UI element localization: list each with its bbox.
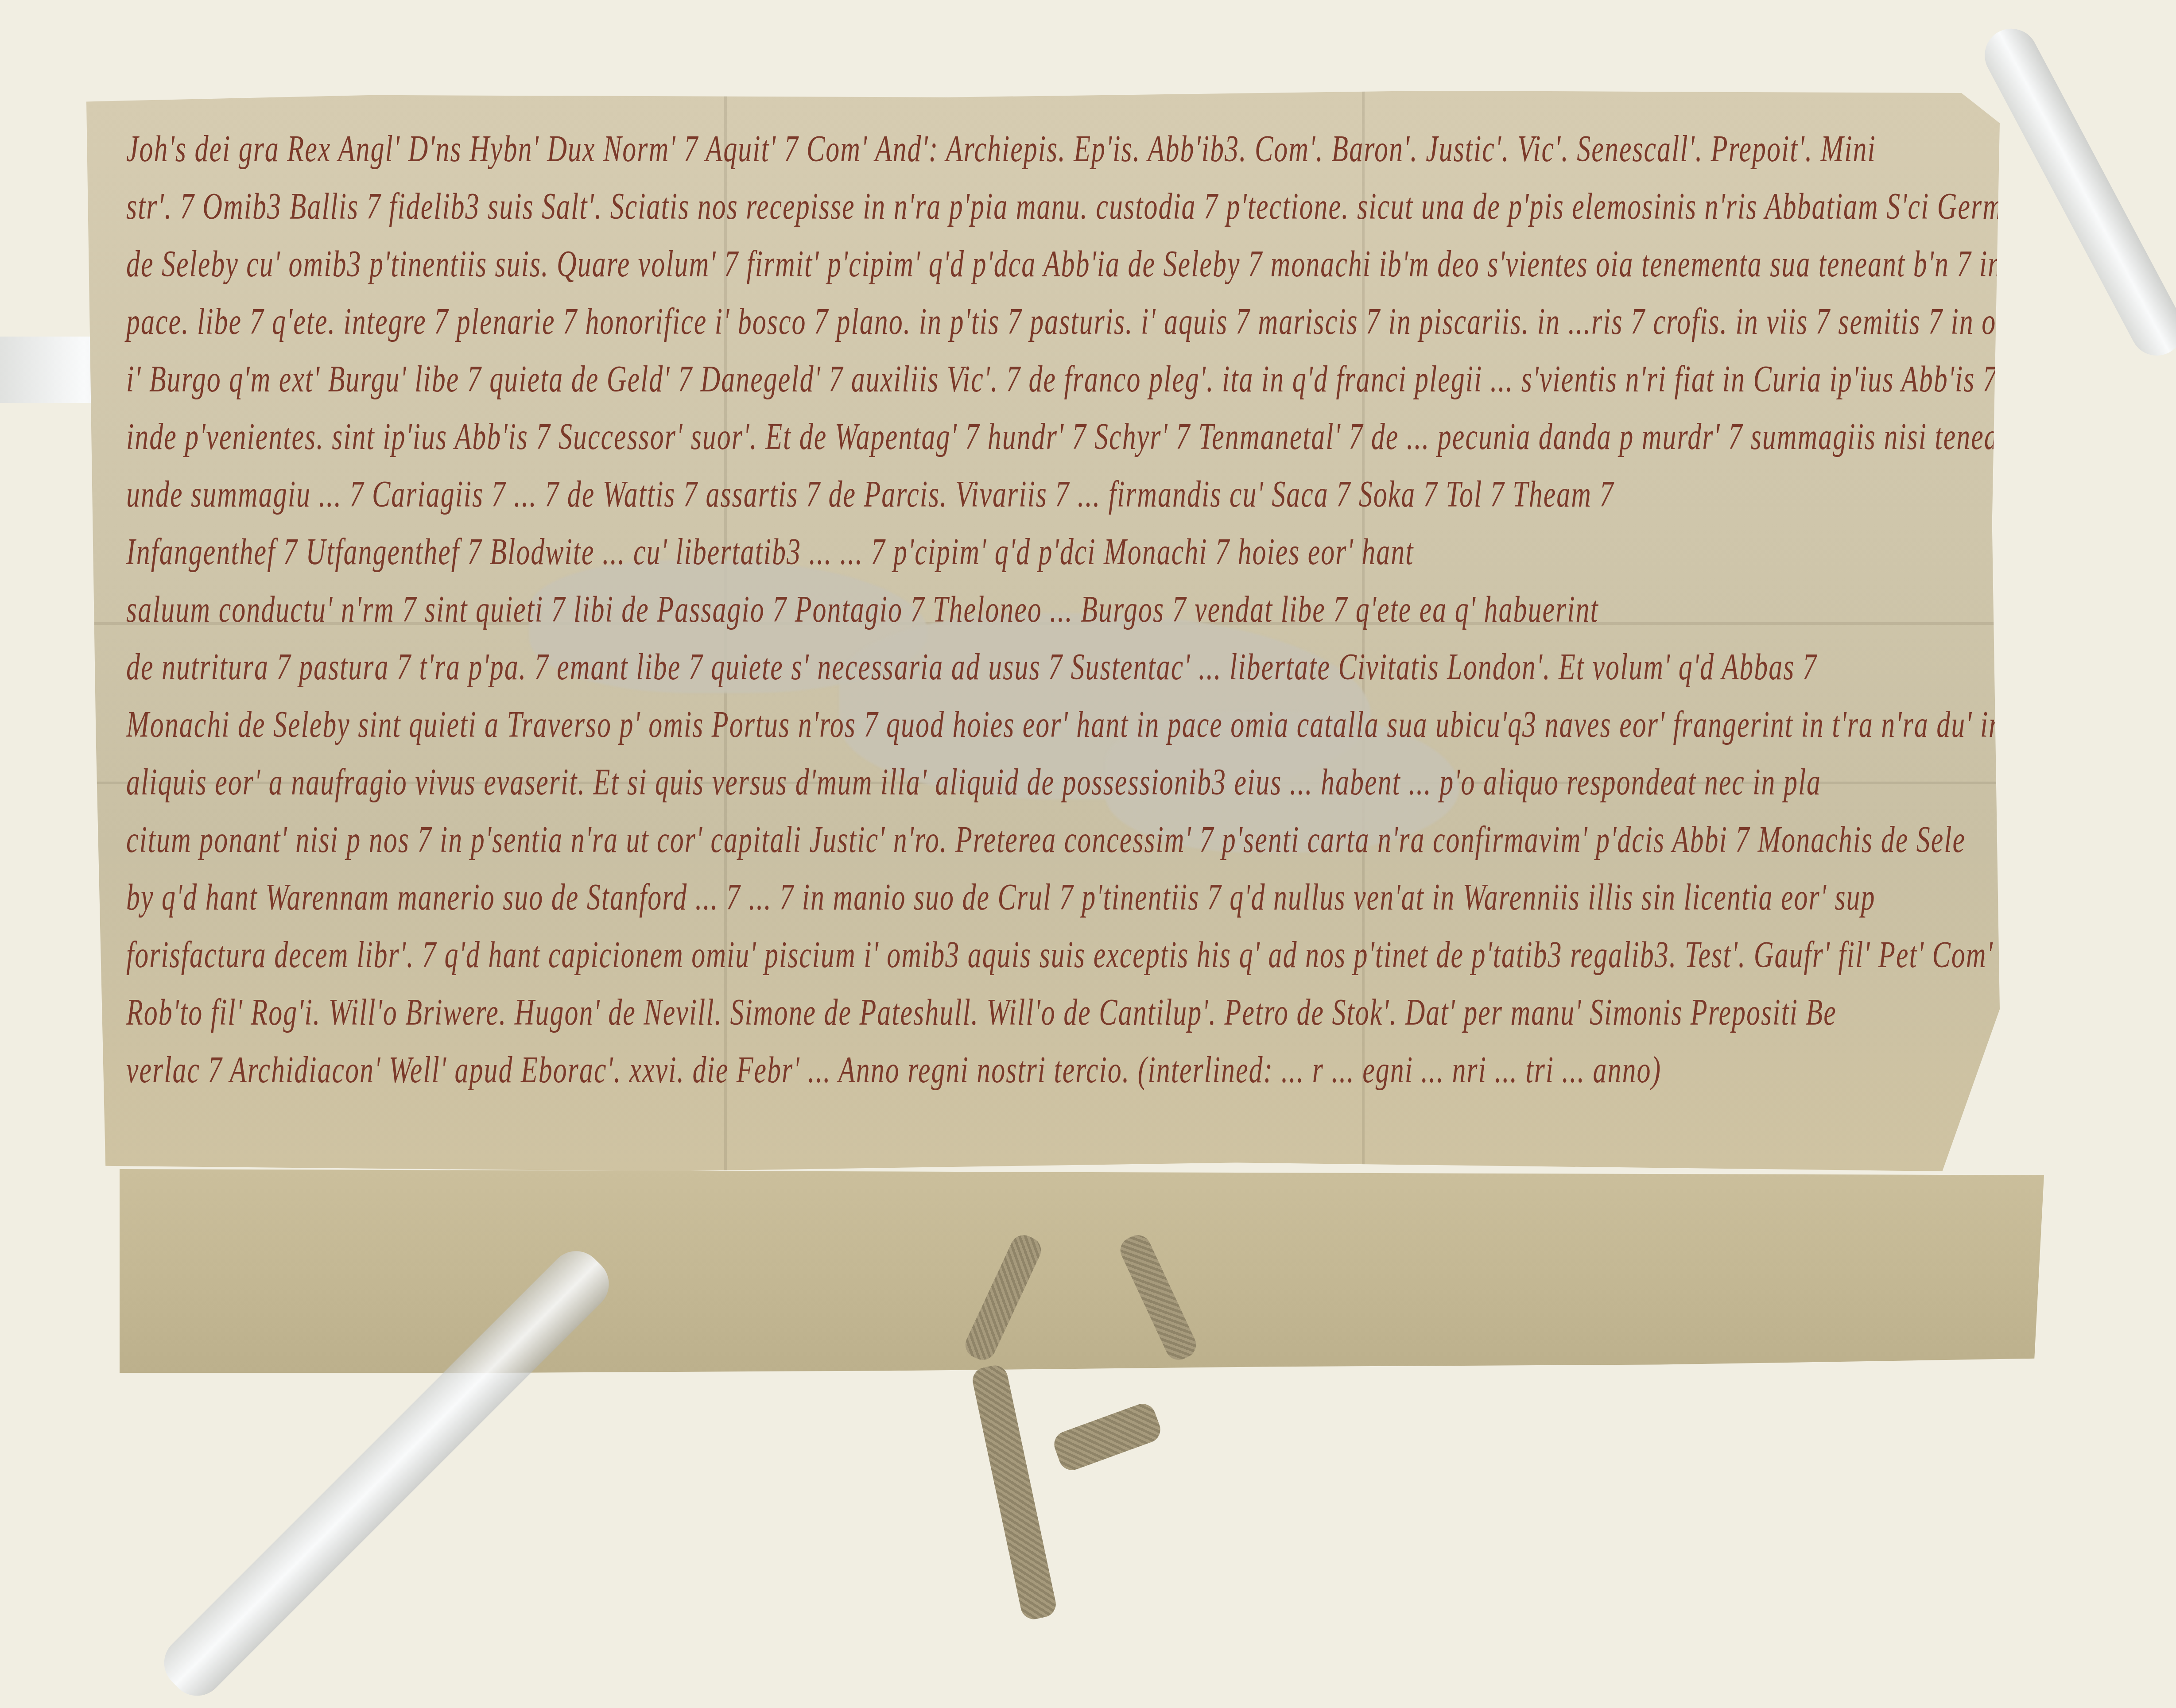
text-line: forisfactura decem libr'. 7 q'd hant cap… xyxy=(126,934,2076,977)
text-line: saluum conductu' n'rm 7 sint quieti 7 li… xyxy=(126,589,1599,631)
text-line: de nutritura 7 pastura 7 t'ra p'pa. 7 em… xyxy=(126,647,1817,689)
text-line: i' Burgo q'm ext' Burgu' libe 7 quieta d… xyxy=(126,359,2153,401)
text-line: str'. 7 Omib3 Ballis 7 fidelib3 suis Sal… xyxy=(126,186,2041,229)
text-line: de Seleby cu' omib3 p'tinentiis suis. Qu… xyxy=(126,244,2002,286)
text-line: Joh's dei gra Rex Angl' D'ns Hybn' Dux N… xyxy=(126,128,1876,171)
charter-parchment: Joh's dei gra Rex Angl' D'ns Hybn' Dux N… xyxy=(86,91,2000,1171)
text-line: inde p'venientes. sint ip'ius Abb'is 7 S… xyxy=(126,416,2038,459)
text-line: pace. libe 7 q'ete. integre 7 plenarie 7… xyxy=(126,301,2170,344)
text-line: aliquis eor' a naufragio vivus evaserit.… xyxy=(126,762,1821,804)
seal-tag-cord xyxy=(1051,1400,1164,1474)
glass-rod-top-right xyxy=(1975,19,2176,365)
text-line: Infangenthef 7 Utfangenthef 7 Blodwite .… xyxy=(126,531,1414,574)
text-line: unde summagiu ... 7 Cariagiis 7 ... 7 de… xyxy=(126,474,1614,516)
seal-tag-cord xyxy=(970,1363,1059,1622)
text-line: citum ponant' nisi p nos 7 in p'sentia n… xyxy=(126,819,1966,862)
text-line: verlac 7 Archidiacon' Well' apud Eborac'… xyxy=(126,1050,1661,1092)
text-line: Monachi de Seleby sint quieti a Traverso… xyxy=(126,704,2003,747)
charter-turnup-fold xyxy=(120,1169,2044,1373)
text-line: by q'd hant Warennam manerio suo de Stan… xyxy=(126,877,1876,919)
text-line: Rob'to fil' Rog'i. Will'o Briwere. Hugon… xyxy=(126,992,1837,1034)
